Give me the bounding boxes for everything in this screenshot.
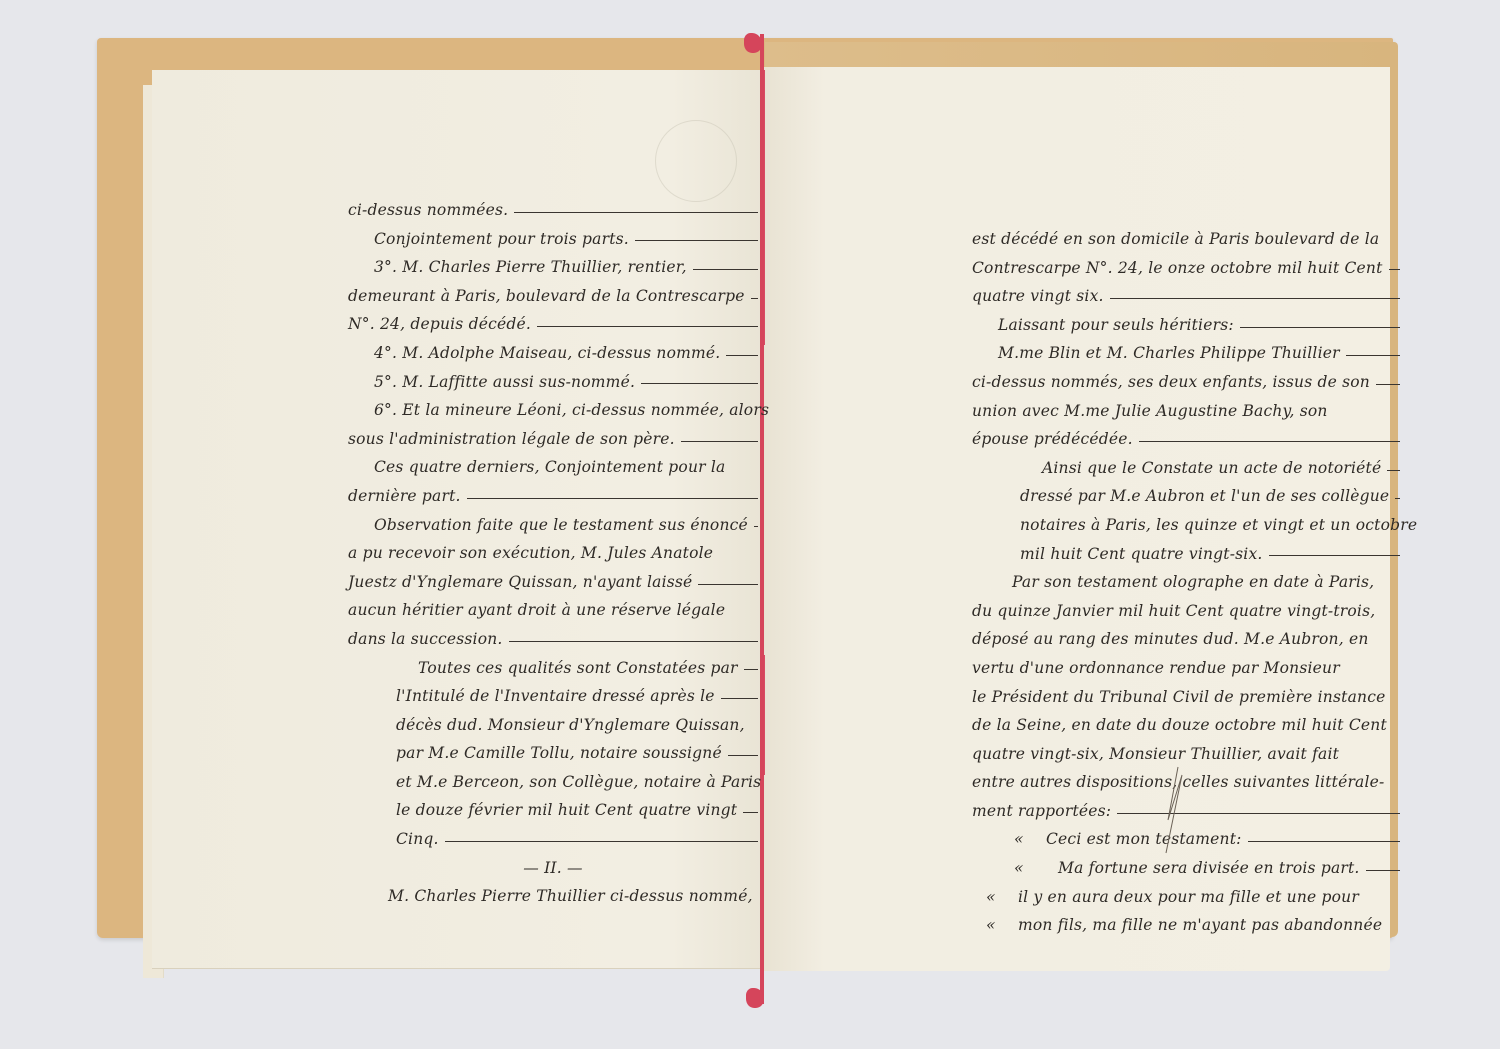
text-line: 4°. M. Adolphe Maiseau, ci-dessus nommé.: [348, 339, 758, 368]
binding-thread: [760, 34, 764, 1004]
text-line: aucun héritier ayant droit à une réserve…: [348, 596, 758, 625]
text-line: M.me Blin et M. Charles Philippe Thuilli…: [972, 339, 1400, 368]
text-line: Conjointement pour trois parts.: [348, 225, 758, 254]
text-line: le douze février mil huit Cent quatre vi…: [348, 796, 758, 825]
text-line: épouse prédécédée.: [972, 425, 1400, 454]
text-line: quatre vingt-six, Monsieur Thuillier, av…: [972, 740, 1400, 769]
text-line: Juestz d'Ynglemare Quissan, n'ayant lais…: [348, 568, 758, 597]
quote-mark: «: [1014, 825, 1046, 854]
text-line: dressé par M.e Aubron et l'un de ses col…: [972, 482, 1400, 511]
quoted-line: «il y en aura deux pour ma fille et une …: [972, 883, 1400, 912]
section-number: — II. —: [348, 854, 758, 883]
text-line: l'Intitulé de l'Inventaire dressé après …: [348, 682, 758, 711]
text-line: mil huit Cent quatre vingt-six.: [972, 540, 1400, 569]
quote-mark: «: [1014, 854, 1046, 883]
text-line: union avec M.me Julie Augustine Bachy, s…: [972, 397, 1400, 426]
text-line: Cinq.: [348, 825, 758, 854]
left-page-text: ci-dessus nommées. Conjointement pour tr…: [348, 196, 758, 911]
binding-thread-top-tassel: [744, 33, 762, 53]
text-line: demeurant à Paris, boulevard de la Contr…: [348, 282, 758, 311]
text-line: sous l'administration légale de son père…: [348, 425, 758, 454]
text-line: décès dud. Monsieur d'Ynglemare Quissan,: [348, 711, 758, 740]
text-line: Ainsi que le Constate un acte de notorié…: [972, 454, 1400, 483]
quote-mark: «: [986, 911, 1018, 940]
text-line: par M.e Camille Tollu, notaire soussigné: [348, 739, 758, 768]
text-line: Contrescarpe N°. 24, le onze octobre mil…: [972, 254, 1400, 283]
quoted-line: «mon fils, ma fille ne m'ayant pas aband…: [972, 911, 1400, 940]
text-line: et M.e Berceon, son Collègue, notaire à …: [348, 768, 758, 797]
text-line: 5°. M. Laffitte aussi sus-nommé.: [348, 368, 758, 397]
quote-mark: «: [986, 883, 1018, 912]
text-line: Observation faite que le testament sus é…: [348, 511, 758, 540]
text-line: notaires à Paris, les quinze et vingt et…: [972, 511, 1400, 540]
text-line: du quinze Janvier mil huit Cent quatre v…: [972, 597, 1400, 626]
text-line: le Président du Tribunal Civil de premiè…: [972, 683, 1400, 712]
text-line: a pu recevoir son exécution, M. Jules An…: [348, 539, 758, 568]
text-line: vertu d'une ordonnance rendue par Monsie…: [972, 654, 1400, 683]
text-line: ci-dessus nommées.: [348, 196, 758, 225]
text-line: 6°. Et la mineure Léoni, ci-dessus nommé…: [348, 396, 758, 425]
text-line: N°. 24, depuis décédé.: [348, 310, 758, 339]
binding-thread-bottom-tassel: [746, 988, 764, 1008]
text-line: déposé au rang des minutes dud. M.e Aubr…: [972, 625, 1400, 654]
text-line: Ces quatre derniers, Conjointement pour …: [348, 453, 758, 482]
text-line: est décédé en son domicile à Paris boule…: [972, 225, 1400, 254]
text-line: dernière part.: [348, 482, 758, 511]
text-line: Toutes ces qualités sont Constatées par: [348, 654, 758, 683]
text-line: Laissant pour seuls héritiers:: [972, 311, 1400, 340]
text-line: M. Charles Pierre Thuillier ci-dessus no…: [348, 882, 758, 911]
text-line: ci-dessus nommés, ses deux enfants, issu…: [972, 368, 1400, 397]
text-line: dans la succession.: [348, 625, 758, 654]
text-line: Par son testament olographe en date à Pa…: [972, 568, 1400, 597]
embossed-seal: [655, 120, 737, 202]
text-line: quatre vingt six.: [972, 282, 1400, 311]
quoted-line: «Ma fortune sera divisée en trois part.: [972, 854, 1400, 883]
text-line: 3°. M. Charles Pierre Thuillier, rentier…: [348, 253, 758, 282]
paraph-flourish-icon: [1160, 765, 1190, 855]
text-line: de la Seine, en date du douze octobre mi…: [972, 711, 1400, 740]
